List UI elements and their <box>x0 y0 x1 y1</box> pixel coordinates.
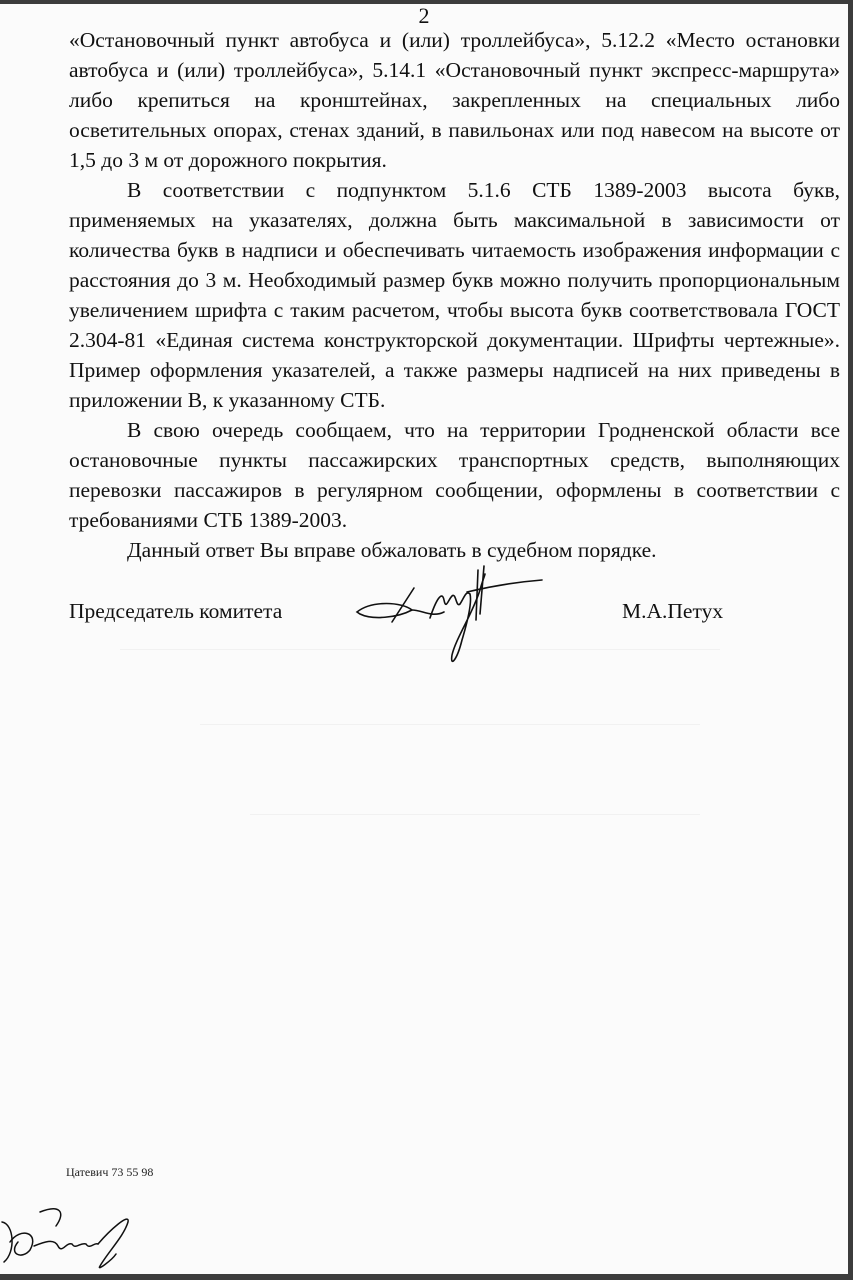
signatory-title: Председатель комитета <box>69 596 282 626</box>
handwritten-signature-icon <box>352 560 552 670</box>
initials-signature-icon <box>0 1202 140 1272</box>
scan-artifact <box>250 814 700 815</box>
executor-contact: Цатевич 73 55 98 <box>66 1165 153 1180</box>
letter-body: «Остановочный пункт автобуса и (или) тро… <box>69 25 840 565</box>
paragraph-stb-requirements: В соответствии с подпунктом 5.1.6 СТБ 13… <box>69 175 840 415</box>
paragraph-grodno-region: В свою очередь сообщаем, что на территор… <box>69 415 840 535</box>
scan-artifact <box>200 724 700 725</box>
signatory-name: М.А.Петух <box>622 596 723 626</box>
document-page: 2 «Остановочный пункт автобуса и (или) т… <box>0 4 848 1274</box>
paragraph-continuation: «Остановочный пункт автобуса и (или) тро… <box>69 25 840 175</box>
